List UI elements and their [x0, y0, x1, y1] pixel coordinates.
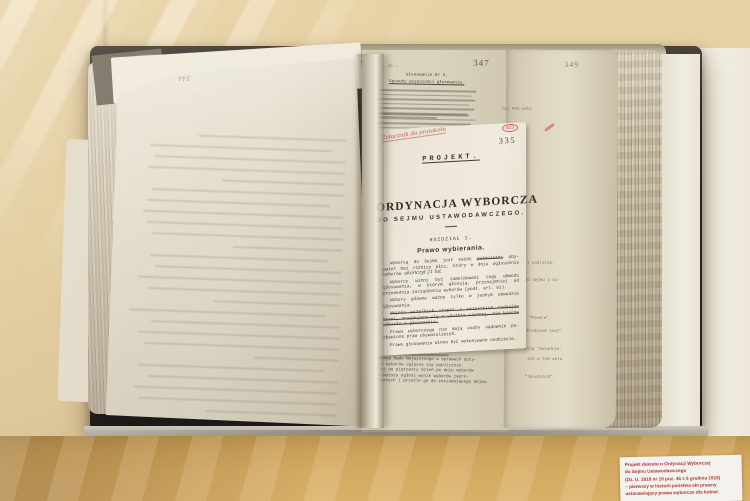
- illegible-text-line: [155, 265, 342, 274]
- illegible-text-line: [150, 144, 332, 152]
- document-page-number: 335: [499, 135, 516, 146]
- illegible-text-line: [142, 210, 343, 219]
- illegible-text-line: [138, 331, 339, 340]
- illegible-text-line: [147, 375, 338, 384]
- inserted-projekt-document: Załącznik do protokołu 403 335 PROJEKT. …: [376, 122, 526, 356]
- illegible-text-line: [138, 276, 341, 285]
- right-smooth-page-band: [656, 54, 700, 426]
- left-page: 344: [104, 55, 372, 430]
- typed-fragment: i poślizie.: [527, 262, 555, 266]
- illegible-text-line: [152, 232, 343, 241]
- illegible-text-line: [151, 320, 340, 329]
- illegible-text-line: [146, 199, 330, 208]
- illegible-text-line: [148, 166, 345, 175]
- illegible-text-line: [372, 98, 475, 101]
- typed-fragment: się w tym celu: [527, 358, 562, 362]
- ink-correction: ukończył 21 lat.: [404, 270, 442, 277]
- illegible-text-line: [213, 300, 340, 307]
- illegible-text-line: [152, 188, 345, 197]
- typed-fragment: "Posera".: [528, 317, 551, 321]
- illegible-text-line: [129, 308, 326, 317]
- typed-fragment: tel Kos-wski: [502, 108, 532, 112]
- page-347-number: 347: [473, 58, 490, 68]
- faint-upside-down-typewritten-text: [125, 109, 347, 416]
- left-page-number: 344: [178, 73, 191, 81]
- illegible-text-line: [138, 364, 325, 373]
- illegible-text-line: [205, 410, 336, 417]
- page-347-header-mark: — 25 —: [383, 65, 397, 69]
- illegible-text-line: [134, 385, 337, 394]
- illegible-text-line: [198, 135, 346, 142]
- page-347-section-heading: Sposoby większości głosowania.: [369, 80, 485, 86]
- caption-line: ustanawiający prawa wyborcze dla kobiet.: [625, 488, 737, 498]
- museum-display-photo: 344 347 — 25 — Głosowanie Nr 5. Sposoby …: [0, 0, 750, 501]
- illegible-text-line: [254, 357, 339, 362]
- illegible-text-line: [232, 246, 342, 252]
- illegible-text-line: [372, 113, 469, 116]
- illegible-text-line: [373, 89, 477, 92]
- illegible-text-line: [372, 103, 469, 106]
- exhibit-caption-card: Projekt dekretu o Ordynacji Wyborczej do…: [620, 455, 743, 501]
- illegible-text-line: [148, 287, 341, 296]
- leaf-349-page-number: 349: [564, 60, 579, 69]
- left-page-curled-edge: [354, 54, 384, 428]
- illegible-text-line: [155, 155, 346, 164]
- illegible-text-line: [373, 93, 472, 96]
- projekt-heading: PROJEKT.: [376, 150, 526, 166]
- typed-fragment: "zaletnich".: [525, 376, 555, 380]
- page-347-ballot-line: Głosowanie Nr 5.: [375, 72, 479, 79]
- red-pencil-mark: [544, 123, 554, 132]
- illegible-text-line: [146, 221, 343, 230]
- illegible-text-line: [372, 117, 475, 120]
- typed-fragment: alną "świadcze-: [524, 348, 562, 352]
- red-ink-annotation: Załącznik do protokołu: [382, 127, 446, 143]
- illegible-text-line: [150, 254, 328, 262]
- typed-fragment: średniem jest".: [526, 330, 564, 334]
- illegible-text-line: [372, 107, 474, 110]
- illegible-text-line: [222, 180, 345, 186]
- red-circled-number: 403: [502, 124, 518, 133]
- illegible-text-line: [144, 342, 339, 351]
- illegible-text-line: [138, 397, 337, 406]
- document-paragraphs: Wyborcą do Sejmu jest każdy pełnoletni o…: [383, 255, 519, 354]
- typed-fragment: do Sejmu z ni-: [525, 279, 560, 283]
- title-rule: [445, 226, 457, 228]
